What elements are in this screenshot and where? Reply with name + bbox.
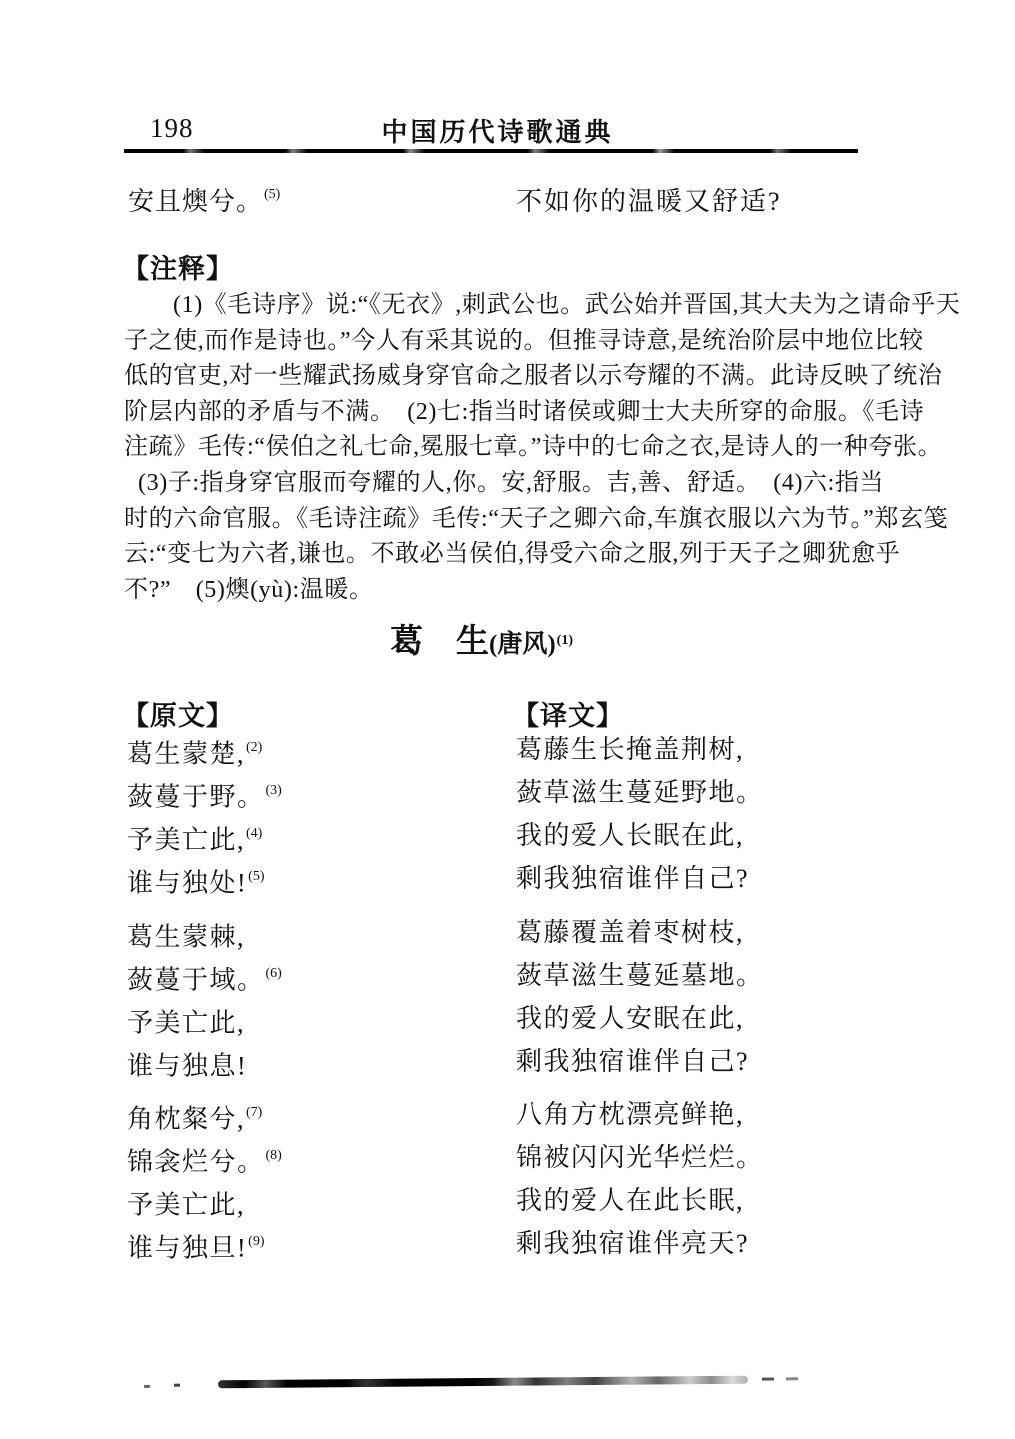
poem-line-text: 谁与独处! bbox=[127, 869, 247, 898]
ink-smudge-artifact bbox=[218, 1376, 748, 1389]
poem-line-text: 予美亡此, bbox=[127, 1191, 245, 1220]
note-ref: (3) bbox=[266, 783, 282, 798]
notes-paragraph: (1)《毛诗序》说:“《无衣》,刺武公也。武公始并晋国,其大夫为之请命乎天 子之… bbox=[124, 288, 864, 608]
poem-title-subtitle: (唐风) bbox=[489, 631, 556, 658]
poem-line-original: 葛生蒙楚,(2) bbox=[127, 728, 282, 771]
poem-line-translation: 剩我独宿谁伴亮天? bbox=[516, 1222, 764, 1265]
poem-line-text: 葛生蒙棘, bbox=[127, 923, 245, 952]
poem-line-text: 蔹蔓于域。 bbox=[127, 966, 265, 995]
stanza-translation: 八角方枕漂亮鲜艳, 锦被闪闪光华烂烂。 我的爱人在此长眠, 剩我独宿谁伴亮天? bbox=[516, 1093, 764, 1265]
poem-line-text: 予美亡此, bbox=[127, 1009, 245, 1038]
note-line: (3)子:指身穿官服而夸耀的人,你。安,舒服。吉,善、舒适。 (4)六:指当 bbox=[124, 466, 864, 502]
poem-line-translation: 八角方枕漂亮鲜艳, bbox=[516, 1093, 764, 1136]
stanza-original: 角枕粲兮,(7) 锦衾烂兮。(8) 予美亡此, 谁与独旦!(9) bbox=[127, 1093, 282, 1265]
poem-line-translation: 我的爱人在此长眠, bbox=[516, 1179, 764, 1222]
note-ref: (9) bbox=[248, 1234, 264, 1249]
poem-line-original: 谁与独处!(5) bbox=[127, 857, 282, 900]
note-ref: (7) bbox=[246, 1105, 262, 1120]
poem-line-text: 葛生蒙楚, bbox=[127, 740, 245, 769]
poem-line-text: 锦衾烂兮。 bbox=[127, 1148, 265, 1177]
scanned-book-page: 198 中国历代诗歌通典 安且燠兮。(5) 不如你的温暖又舒适? 【注释】 (1… bbox=[0, 0, 1015, 1439]
poem-line-text: 谁与独息! bbox=[127, 1052, 247, 1081]
poem-line-translation: 蔹草滋生蔓延野地。 bbox=[516, 771, 764, 814]
header-rule bbox=[124, 149, 858, 153]
poem-line-original: 予美亡此, bbox=[127, 1179, 282, 1222]
note-line: 注疏》毛传:“侯伯之礼七命,冕服七章。”诗中的七命之衣,是诗人的一种夸张。 bbox=[124, 430, 864, 466]
poem-line-text: 予美亡此, bbox=[127, 826, 245, 855]
poem-title: 葛 生(唐风)(1) bbox=[390, 615, 573, 662]
poem-line-text: 蔹蔓于野。 bbox=[127, 783, 265, 812]
note-ref: (1) bbox=[557, 633, 573, 648]
poem-line-original: 蔹蔓于域。(6) bbox=[127, 954, 282, 997]
poem-line-text: 角枕粲兮, bbox=[127, 1105, 245, 1134]
note-line: 时的六命官服。《毛诗注疏》毛传:“天子之卿六命,车旗衣服以六为节。”郑玄笺 bbox=[124, 502, 864, 538]
poem-line-original: 葛生蒙棘, bbox=[127, 911, 282, 954]
note-ref: (8) bbox=[266, 1148, 282, 1163]
note-ref: (5) bbox=[264, 187, 280, 202]
poem-line-original: 角枕粲兮,(7) bbox=[127, 1093, 282, 1136]
poem-line-original: 谁与独息! bbox=[127, 1040, 282, 1083]
note-line: 云:“变七为六者,谦也。不敢必当侯伯,得受六命之服,列于天子之卿犹愈乎 bbox=[124, 537, 864, 573]
stanza-translation: 葛藤覆盖着枣树枝, 蔹草滋生蔓延墓地。 我的爱人安眠在此, 剩我独宿谁伴自己? bbox=[516, 911, 764, 1083]
poem-line-translation: 我的爱人安眠在此, bbox=[516, 997, 764, 1040]
poem-line-translation: 剩我独宿谁伴自己? bbox=[516, 1040, 764, 1083]
poem-line-translation: 葛藤覆盖着枣树枝, bbox=[516, 911, 764, 954]
book-title: 中国历代诗歌通典 bbox=[0, 112, 995, 149]
prev-poem-original-text: 安且燠兮。 bbox=[128, 187, 263, 216]
poem-title-text: 葛 生 bbox=[390, 624, 489, 660]
poem-line-original: 锦衾烂兮。(8) bbox=[127, 1136, 282, 1179]
poem-line-text: 谁与独旦! bbox=[127, 1234, 247, 1263]
note-line: 不?” (5)燠(yù):温暖。 bbox=[124, 573, 864, 609]
poem-line-original: 予美亡此,(4) bbox=[127, 814, 282, 857]
prev-poem-original-line: 安且燠兮。(5) bbox=[128, 181, 280, 218]
poem-line-translation: 葛藤生长掩盖荆树, bbox=[516, 728, 764, 771]
poem-line-original: 蔹蔓于野。(3) bbox=[127, 771, 282, 814]
poem-line-translation: 锦被闪闪光华烂烂。 bbox=[516, 1136, 764, 1179]
poem-line-translation: 蔹草滋生蔓延墓地。 bbox=[516, 954, 764, 997]
notes-section-header: 【注释】 bbox=[122, 247, 234, 286]
prev-poem-translation-line: 不如你的温暖又舒适? bbox=[516, 181, 782, 218]
note-ref: (2) bbox=[246, 740, 262, 755]
note-line: (1)《毛诗序》说:“《无衣》,刺武公也。武公始并晋国,其大夫为之请命乎天 bbox=[124, 288, 864, 324]
stanza-original: 葛生蒙楚,(2) 蔹蔓于野。(3) 予美亡此,(4) 谁与独处!(5) bbox=[127, 728, 282, 900]
note-ref: (5) bbox=[248, 869, 264, 884]
note-ref: (6) bbox=[266, 966, 282, 981]
note-line: 阶层内部的矛盾与不满。 (2)七:指当时诸侯或卿士大夫所穿的命服。《毛诗 bbox=[124, 395, 864, 431]
note-line: 低的官吏,对一些耀武扬威身穿官命之服者以示夸耀的不满。此诗反映了统治 bbox=[124, 359, 864, 395]
note-line: 子之使,而作是诗也。”今人有采其说的。但推寻诗意,是统治阶层中地位比较 bbox=[124, 324, 864, 360]
note-ref: (4) bbox=[246, 826, 262, 841]
stanza-translation: 葛藤生长掩盖荆树, 蔹草滋生蔓延野地。 我的爱人长眠在此, 剩我独宿谁伴自己? bbox=[516, 728, 764, 900]
poem-line-original: 谁与独旦!(9) bbox=[127, 1222, 282, 1265]
poem-line-original: 予美亡此, bbox=[127, 997, 282, 1040]
poem-line-translation: 剩我独宿谁伴自己? bbox=[516, 857, 764, 900]
poem-line-translation: 我的爱人长眠在此, bbox=[516, 814, 764, 857]
stanza-original: 葛生蒙棘, 蔹蔓于域。(6) 予美亡此, 谁与独息! bbox=[127, 911, 282, 1083]
